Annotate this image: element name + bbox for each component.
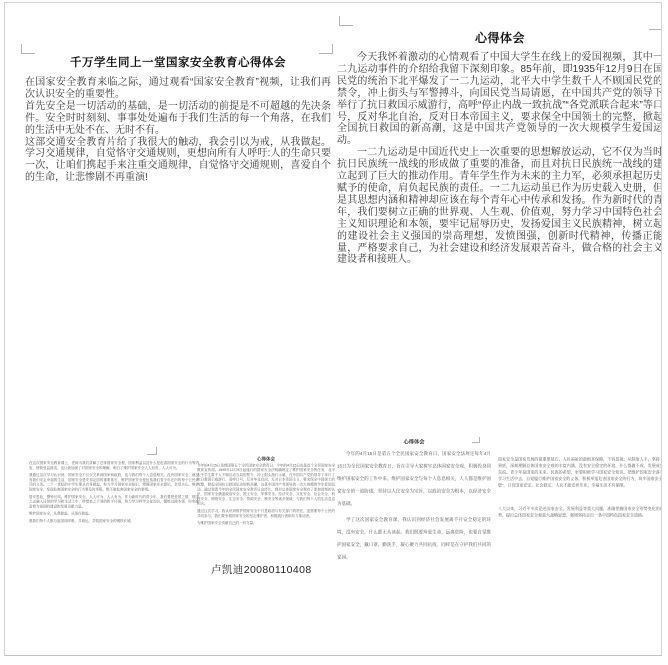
document-top-right-body: 今天我怀着激动的心情观看了中国大学生在线上的爱国视频，其中一二九运动事件的介绍给… <box>337 52 662 266</box>
document-bottom-right-body: 国家安全是国家发展的最重要基石、人民福祉的最根本保障，不容忽视；从制度入手，坚持… <box>498 456 662 519</box>
document-bottom-middle-title: 心得体会 <box>197 457 335 462</box>
student-signature: 卢凯迪20080110408 <box>211 562 312 577</box>
document-bottom-middle: 心得体会 今年的4月15日是我国第五个全民国家安全教育日，今年的4月15日也是首… <box>197 457 335 562</box>
paragraph: 首先安全是一切活动的基础，是一切活动的前提是不可超越的先决条件。安全时时刻刻、事… <box>25 101 331 137</box>
document-top-right: 心得体会 今天我怀着激动的心情观看了中国大学生在线上的爱国视频，其中一二九运动事… <box>337 29 662 266</box>
document-bottom-right: 国家安全是国家发展的最重要基石、人民福祉的最根本保障，不容忽视；从制度入手，坚持… <box>498 456 662 566</box>
paragraph: 维护国家安全，从我做起、从现在做起。 <box>29 512 199 517</box>
paragraph: 为维护国家安全贡献自己的一份力量。 <box>197 521 335 526</box>
scanned-collage-page: { "page": { "background": "#ffffff", "fr… <box>0 0 668 665</box>
paragraph: 通过这次学习，我认识到维护国家安全不只是政府与有关部门的责任，更需要每个公民的共… <box>197 509 335 519</box>
document-bottom-left-body: 在这次国家安全教育课上，老师为我们讲解了总体国家安全观、国家利益以及什么是危害国… <box>29 461 199 524</box>
document-bottom-middle-body: 心得体会 今年的4月15日是我国第五个全民国家安全教育日，今年的4月15日也是首… <box>197 457 335 526</box>
paragraph: 国家安全是国家发展的最重要基石、人民福祉的最根本保障，不容忽视；从制度入手，坚持… <box>498 456 662 489</box>
document-top-left-body: 在国家安全教育来临之际，通过观看“国家安全教育”视频，让我们再次认识安全的重要性… <box>25 77 331 184</box>
paragraph: 愿我们每个人都与祖国同呼吸、共命运，共筑国家安全的钢铁长城。 <box>29 519 199 524</box>
paragraph: 这部交通安全教育片给了我很大的触动，我会引以为戒，从我做起。学习交通规律，自觉恪… <box>25 137 331 185</box>
paragraph: 今天我怀着激动的心情观看了中国大学生在线上的爱国视频，其中一二九运动事件的介绍给… <box>337 52 662 147</box>
document-bottom-center-body: 心得体会 今年的4月15日是第五个全民国家安全教育日，国家安全法规定每年4月15… <box>337 439 491 564</box>
paragraph: 在这次国家安全教育课上，老师为我们讲解了总体国家安全观、国家利益以及什么是危害国… <box>29 461 199 471</box>
paragraph: 我通过这次学习认识到，国家安全不仅仅关系到国家和政府，也与我们每个人息息相关。没… <box>29 473 199 492</box>
paragraph: 居安思危，警钟长鸣。维护国家安全，人人可为、人人有为。作为新时代的青少年，我们要… <box>29 495 199 509</box>
document-bottom-center-title: 心得体会 <box>337 439 491 446</box>
paragraph: 一二九运动是中国近代史上一次重要的思想解放运动，它不仅为当时抗日民族统一战线的形… <box>337 147 662 266</box>
page-corner-mark <box>339 16 353 26</box>
page-corner-mark <box>21 44 35 54</box>
page-corner-mark <box>147 447 157 455</box>
paragraph: 八大以来，习近平多次论述国家安全、发展利益等重大问题，准确把握国家安全形势变化的… <box>498 506 662 519</box>
document-bottom-left: 在这次国家安全教育课上，老师为我们讲解了总体国家安全观、国家利益以及什么是危害国… <box>29 461 199 571</box>
document-top-right-title: 心得体会 <box>337 29 662 46</box>
document-top-left: 千万学生同上一堂国家安全教育心得体会 在国家安全教育来临之际，通过观看“国家安全… <box>25 54 331 184</box>
document-top-left-title: 千万学生同上一堂国家安全教育心得体会 <box>25 54 331 70</box>
paragraph: 今年的4月15日是第五个全民国家安全教育日，国家安全法规定每年4月15日为全民国… <box>337 448 491 511</box>
document-bottom-center: 心得体会 今年的4月15日是第五个全民国家安全教育日，国家安全法规定每年4月15… <box>337 439 491 589</box>
page-frame: 千万学生同上一堂国家安全教育心得体会 在国家安全教育来临之际，通过观看“国家安全… <box>4 2 662 656</box>
paragraph: 学了这次国家安全教育课，我认识到经济社会发展离不开安全稳定的环境，没有安全，什么… <box>337 514 491 564</box>
paragraph: 今年的4月15日是我国第五个全民国家安全教育日，今年的4月15日也是首个全民国家… <box>197 463 335 506</box>
paragraph: 在国家安全教育来临之际，通过观看“国家安全教育”视频，让我们再次认识安全的重要性… <box>25 77 331 101</box>
page-corner-mark <box>319 44 333 54</box>
